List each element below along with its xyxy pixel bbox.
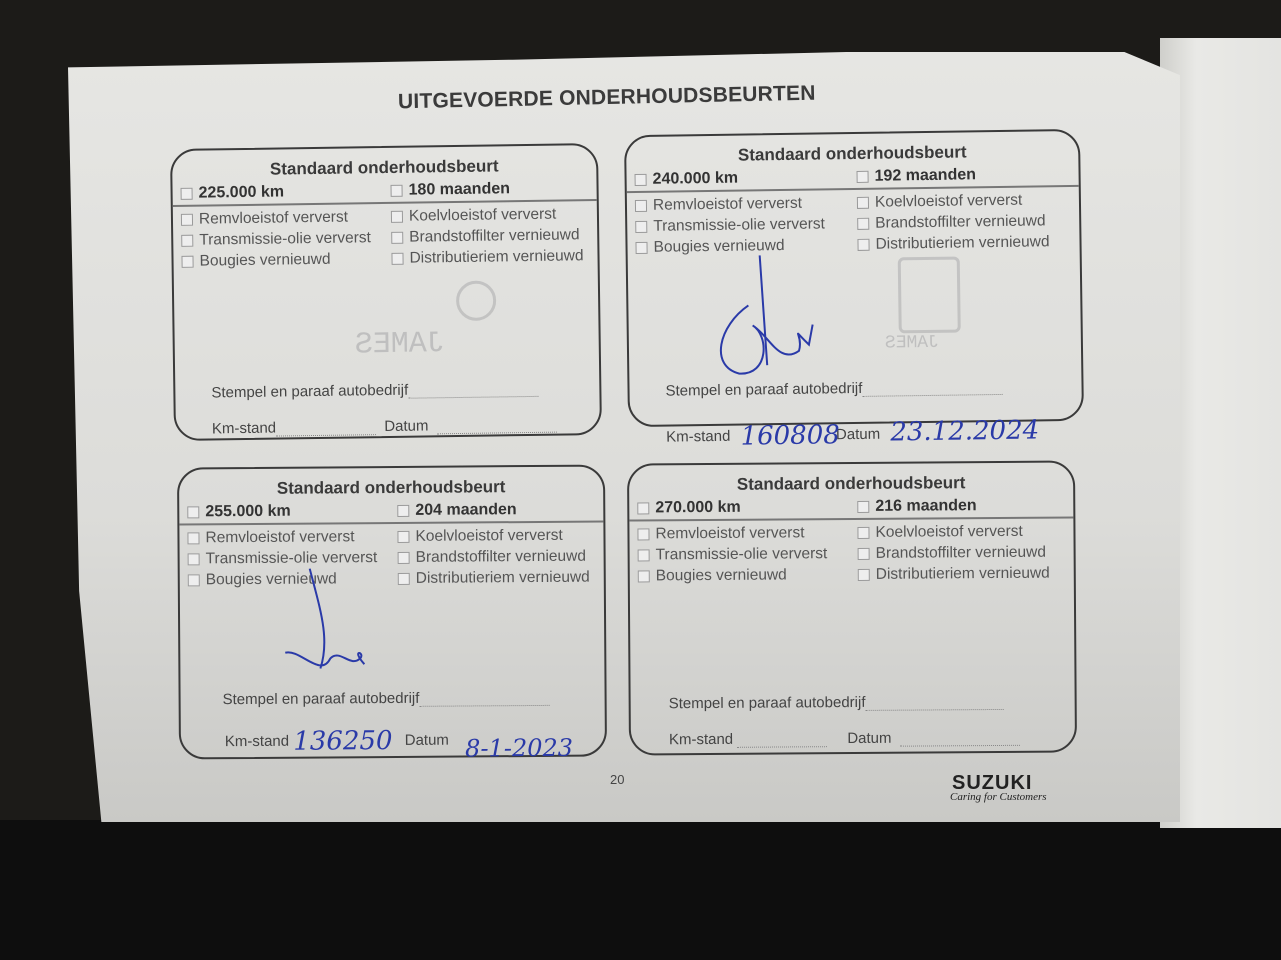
stamp-signature-field[interactable]: Stempel en paraaf autobedrijf [223,689,550,708]
date-field[interactable] [437,432,557,435]
card-heading: Standaard onderhoudsbeurt [626,141,1078,167]
checkbox-icon[interactable] [188,574,200,586]
checkbox-icon[interactable] [857,526,869,538]
km-date-row: Km-stand 160808 Datum 23.12.2024 [666,413,1039,448]
checkbox-icon[interactable] [637,528,649,540]
checkbox-icon[interactable] [397,505,409,517]
service-card-4: Standaard onderhoudsbeurt 270.000 km 216… [627,460,1077,755]
checkbox-icon[interactable] [391,210,403,222]
checkbox-icon[interactable] [858,547,870,559]
stamp-logo-icon [456,280,497,321]
divider [179,521,603,525]
page-number: 20 [610,772,624,787]
date-field[interactable] [900,745,1020,747]
checkbox-icon[interactable] [857,196,869,208]
service-card-3: Standaard onderhoudsbeurt 255.000 km 204… [177,465,607,760]
check-item[interactable]: Distributieriem vernieuwd [398,568,608,587]
check-item[interactable]: Bougies vernieuwd [635,235,857,256]
km-field[interactable] [276,434,376,436]
checkbox-icon[interactable] [637,502,649,514]
check-item[interactable]: Transmissie-olie ververst [188,548,398,567]
checkbox-icon[interactable] [187,532,199,544]
months-checkbox-row[interactable]: 192 maanden [856,166,976,186]
checkbox-icon[interactable] [635,220,647,232]
service-card-1: Standaard onderhoudsbeurt 225.000 km 180… [170,143,602,441]
checkbox-icon[interactable] [638,549,650,561]
checkbox-icon[interactable] [857,171,869,183]
stamp-signature-field[interactable]: Stempel en paraaf autobedrijf [669,693,1004,712]
checkbox-icon[interactable] [391,252,403,264]
checkbox-icon[interactable] [187,506,199,518]
signature-scribble [708,254,840,386]
check-item[interactable]: Distributieriem vernieuwd [858,564,1078,584]
check-item[interactable]: Bougies vernieuwd [181,249,391,270]
checkbox-icon[interactable] [857,238,869,250]
check-item[interactable]: Transmissie-olie ververst [638,544,858,564]
months-checkbox-row[interactable]: 204 maanden [397,501,517,520]
check-item[interactable]: Brandstoffilter vernieuwd [391,225,601,246]
check-item[interactable]: Brandstoffilter vernieuwd [858,543,1078,563]
months-checkbox-row[interactable]: 180 maanden [390,180,510,200]
km-date-row: Km-stand Datum [669,729,1020,748]
check-item[interactable]: Koelvloeistof ververst [397,526,607,545]
card-heading: Standaard onderhoudsbeurt [629,472,1073,495]
checkbox-icon[interactable] [858,568,870,580]
checkbox-icon[interactable] [181,213,193,225]
stamp-signature-field[interactable]: Stempel en paraaf autobedrijf [665,378,1002,400]
service-card-2: Standaard onderhoudsbeurt 240.000 km 192… [624,129,1084,427]
checkbox-icon[interactable] [635,241,647,253]
check-item[interactable]: Remvloeistof ververst [637,523,857,543]
stamp-signature-field[interactable]: Stempel en paraaf autobedrijf [211,380,538,402]
checkbox-icon[interactable] [188,553,200,565]
checkbox-icon[interactable] [181,255,193,267]
checkbox-icon[interactable] [638,570,650,582]
km-date-row: Km-stand Datum [212,416,557,438]
checkbox-icon[interactable] [391,185,403,197]
checkbox-icon[interactable] [181,234,193,246]
km-checkbox-row[interactable]: 270.000 km [637,498,857,518]
table-surface [0,820,1281,960]
km-checkbox-row[interactable]: 240.000 km [634,168,856,189]
check-item[interactable]: Distributieriem vernieuwd [857,232,1079,253]
checkbox-icon[interactable] [181,188,193,200]
months-checkbox-row[interactable]: 216 maanden [857,497,977,516]
check-item[interactable]: Koelvloeistof ververst [857,190,1079,211]
check-item[interactable]: Koelvloeistof ververst [857,522,1077,542]
km-value-handwritten[interactable]: 160808 [740,420,840,451]
signature-scribble [280,568,401,689]
check-item[interactable]: Remvloeistof ververst [181,207,391,228]
check-item[interactable]: Bougies vernieuwd [638,565,858,585]
card-heading: Standaard onderhoudsbeurt [179,477,603,500]
checkbox-icon[interactable] [391,231,403,243]
check-item[interactable]: Distributieriem vernieuwd [391,246,601,267]
date-value-handwritten[interactable]: 23.12.2024 [890,415,1039,447]
km-date-row: Km-stand 136250 Datum 8-1-2023 [225,721,573,753]
brand-tagline: Caring for Customers [950,791,1047,803]
check-item[interactable]: Remvloeistof ververst [635,193,857,214]
faded-stamp: JAMES [355,327,445,362]
check-item[interactable]: Brandstoffilter vernieuwd [398,547,608,566]
checkbox-icon[interactable] [398,551,410,563]
checkbox-icon[interactable] [635,174,647,186]
km-checkbox-row[interactable]: 255.000 km [187,502,397,521]
date-value-handwritten[interactable]: 8-1-2023 [465,734,573,763]
km-checkbox-row[interactable]: 225.000 km [180,182,390,203]
checkbox-icon[interactable] [635,199,647,211]
stamp-logo-icon [898,257,961,334]
divider [629,516,1073,521]
km-field[interactable] [737,746,827,748]
check-item[interactable]: Transmissie-olie ververst [181,228,391,249]
km-value-handwritten[interactable]: 136250 [293,726,392,757]
faded-stamp: JAMES [885,333,939,354]
checkbox-icon[interactable] [397,530,409,542]
check-item[interactable]: Brandstoffilter vernieuwd [857,211,1079,232]
check-item[interactable]: Koelvloeistof ververst [391,204,601,225]
check-item[interactable]: Transmissie-olie ververst [635,214,857,235]
checkbox-icon[interactable] [857,501,869,513]
card-heading: Standaard onderhoudsbeurt [172,155,596,181]
checkbox-icon[interactable] [857,217,869,229]
check-item[interactable]: Remvloeistof ververst [187,527,397,546]
